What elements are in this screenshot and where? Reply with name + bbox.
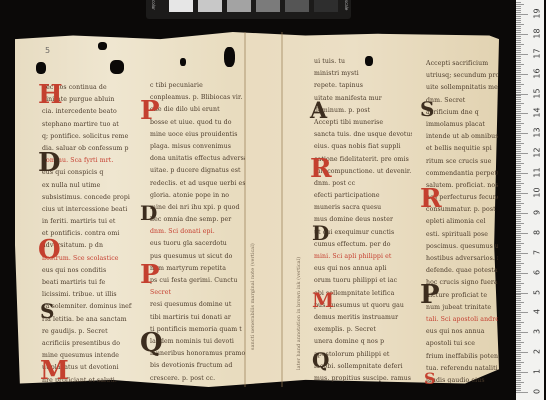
ruler-tick (516, 223, 524, 224)
ruler-tick (516, 233, 528, 234)
ruler-tick (516, 24, 524, 25)
ruler-tick (516, 4, 524, 5)
text-line: Accepti sacrificium (426, 58, 498, 70)
ruler-tick (516, 127, 521, 128)
text-line: epleti alimonia cel (426, 216, 498, 228)
ruler-tick (516, 46, 521, 47)
marginal-annotation: sancti uenerabilis marginal note (vertic… (250, 150, 257, 350)
ruler-tick (516, 289, 521, 290)
worm-hole (98, 42, 107, 50)
ruler-tick (516, 263, 524, 264)
ruler-tick (516, 229, 521, 230)
ruler-tick (516, 183, 524, 184)
ruler-tick (516, 205, 521, 206)
ruler-tick (516, 6, 521, 7)
grey-patch-3 (227, 0, 251, 12)
ruler-tick (516, 185, 521, 186)
initial-D: D (140, 200, 157, 226)
ruler-tick (516, 269, 521, 270)
text-line: efecti participatione (314, 190, 412, 202)
ruler-tick (516, 119, 521, 120)
worm-hole (180, 58, 186, 66)
text-line: eus qui nos conditis (42, 265, 132, 277)
worm-hole (224, 47, 235, 67)
ruler-tick (516, 95, 521, 96)
measurement-ruler: 012345678910111213141516171819 (516, 0, 544, 400)
ruler-tick (516, 60, 521, 61)
text-line: ministri mysti (314, 68, 412, 80)
initial-O: O (38, 237, 61, 263)
text-line: acrificium dne q (426, 107, 498, 119)
ruler-tick (516, 346, 521, 347)
text-line: stephano martire tuo at (42, 119, 132, 131)
initial-S: S (40, 298, 54, 324)
ruler-tick (516, 285, 521, 286)
ruler-tick (516, 26, 521, 27)
ruler-tick (516, 245, 521, 246)
ruler-tick (516, 129, 521, 130)
fold-line-right (281, 32, 283, 387)
ruler-tick (516, 80, 521, 81)
ruler-tick (516, 145, 521, 146)
ruler-tick (516, 54, 528, 55)
ruler-tick (516, 213, 528, 214)
ruler-tick (516, 296, 521, 297)
ruler-tick (516, 255, 521, 256)
rubric-line: Secret (150, 287, 245, 299)
ruler-tick (516, 271, 521, 272)
ruler-tick (516, 105, 521, 106)
ruler-tick (516, 32, 521, 33)
ruler-tick (516, 8, 521, 9)
text-line: Accepti tibi munerise (314, 117, 412, 129)
ruler-label: 16 (533, 66, 542, 80)
ruler-label: 0 (533, 385, 542, 399)
ruler-tick (516, 189, 521, 190)
ruler-tick (516, 334, 521, 335)
text-line: eius. quas nobis fiat suppli (314, 141, 412, 153)
ruler-tick (516, 50, 521, 51)
ruler-tick (516, 358, 521, 359)
text-line: poscimus. quesumus ut (426, 241, 498, 253)
ruler-tick (516, 44, 524, 45)
ruler-tick (516, 88, 521, 89)
grey-patch-1 (169, 0, 193, 12)
ruler-tick (516, 304, 521, 305)
ruler-tick (516, 179, 521, 180)
initial-R: R (310, 156, 332, 182)
ruler-tick (516, 217, 521, 218)
ruler-tick (516, 66, 521, 67)
ruler-tick (516, 153, 528, 154)
ruler-tick (516, 101, 521, 102)
ruler-tick (516, 18, 521, 19)
initial-M: M (40, 358, 69, 384)
ruler-tick (516, 207, 521, 208)
text-line: conpleamus. p. Blibiocas vir. (150, 92, 245, 104)
ruler-tick (516, 74, 528, 75)
ruler-tick (516, 320, 521, 321)
ruler-tick (516, 366, 521, 367)
text-line: dona unitatis effectus adversatum (150, 153, 245, 165)
ruler-tick (516, 133, 528, 134)
ruler-tick (516, 28, 521, 29)
ruler-tick (516, 344, 521, 345)
ruler-tick (516, 352, 528, 353)
ruler-label: 3 (533, 325, 542, 339)
ruler-tick (516, 211, 521, 212)
ruler-tick (516, 99, 521, 100)
text-line: eus qui nos annua (426, 326, 498, 338)
grey-patch-5 (285, 0, 309, 12)
ruler-tick (516, 308, 521, 309)
ruler-tick (516, 293, 528, 294)
color-calibration-card: color scale (146, 0, 351, 19)
ruler-tick (516, 209, 521, 210)
ruler-tick (516, 191, 521, 192)
text-line: one die dilo ubi erunt (150, 104, 245, 116)
ruler-tick (516, 243, 524, 244)
text-line: ps cui festa gerimi. Cunctu (150, 275, 245, 287)
text-line: dominum. p. post (314, 105, 412, 117)
ruler-tick (516, 139, 521, 140)
text-line: subsistimus. concede propi (42, 192, 132, 204)
grey-patch-4 (256, 0, 280, 12)
ruler-tick (516, 340, 521, 341)
ruler-tick (516, 354, 521, 355)
ruler-tick (516, 362, 524, 363)
ruler-tick (516, 322, 524, 323)
ruler-label: 13 (533, 126, 542, 140)
initial-H: H (38, 82, 63, 108)
ruler-tick (516, 111, 521, 112)
card-label-left: color (148, 0, 156, 15)
ruler-tick (516, 137, 521, 138)
text-line: pus quesumus ut sicut do (150, 251, 245, 263)
text-line: num martyrum repetita (150, 263, 245, 275)
ruler-tick (516, 231, 521, 232)
ruler-tick (516, 259, 521, 260)
card-label-right: scale (343, 0, 349, 15)
ruler-tick (516, 58, 521, 59)
ruler-tick (516, 12, 521, 13)
text-line: uitae. p ducere dignatus est (150, 165, 245, 177)
ruler-tick (516, 97, 521, 98)
ruler-tick (516, 86, 521, 87)
text-line: redeclis. et ad usque uerbi est (150, 178, 245, 190)
text-column-4: Accepti sacrificium utriusq; secundum pr… (426, 58, 498, 386)
ruler-tick (516, 247, 521, 248)
ruler-tick (516, 20, 521, 21)
ruler-tick (516, 197, 521, 198)
ruler-tick (516, 368, 521, 369)
ruler-tick (516, 193, 528, 194)
ruler-tick (516, 56, 521, 57)
ruler-tick (516, 326, 521, 327)
text-line: ria letitia. be ana sanctam (42, 314, 132, 326)
ruler-tick (516, 332, 528, 333)
text-line: crescere. p. post cc. (150, 373, 245, 385)
text-line: muneribus honoramus pramo (150, 348, 245, 360)
ruler-tick (516, 2, 521, 3)
ruler-tick (516, 107, 521, 108)
ruler-tick (516, 294, 521, 295)
ruler-tick (516, 382, 524, 383)
rubric-line: tali. Sci apostoli andree (426, 314, 498, 326)
ruler-tick (516, 221, 521, 222)
ruler-tick (516, 64, 524, 65)
ruler-tick (516, 147, 521, 148)
ruler-label: 12 (533, 146, 542, 160)
initial-S: S (420, 96, 434, 122)
ruler-tick (516, 302, 524, 303)
ruler-tick (516, 390, 521, 391)
ruler-tick (516, 279, 521, 280)
ruler-tick (516, 125, 521, 126)
initial-R: R (420, 186, 442, 212)
initial-Q: Q (140, 330, 163, 356)
ruler-label: 15 (533, 86, 542, 100)
text-line: defende. quae potestate (426, 265, 498, 277)
initial-P: P (140, 262, 160, 288)
text-line: in feriti. martiris tui et (42, 216, 132, 228)
ruler-tick (516, 392, 528, 393)
ruler-tick (516, 257, 521, 258)
ruler-tick (516, 281, 521, 282)
ruler-tick (516, 291, 521, 292)
ruler-tick (516, 16, 521, 17)
ruler-tick (516, 350, 521, 351)
text-line: utriusq; secundum pro cia (426, 70, 498, 82)
text-line: resi quesumus domine ut (150, 299, 245, 311)
ruler-label: 19 (533, 6, 542, 20)
ruler-tick (516, 306, 521, 307)
ruler-tick (516, 143, 524, 144)
ruler-label: 1 (533, 365, 542, 379)
ruler-tick (516, 227, 521, 228)
ruler-label: 4 (533, 305, 542, 319)
ruler-tick (516, 157, 521, 158)
text-line: mine dei nri ihu xpi. p quod (150, 202, 245, 214)
ruler-tick (516, 181, 521, 182)
text-line: ritum sce crucis sue (426, 156, 498, 168)
text-line: cius ut intercessione beati (42, 204, 132, 216)
text-line: bosse et uiue. quod tu do (150, 117, 245, 129)
ruler-tick (516, 378, 521, 379)
ruler-tick (516, 235, 521, 236)
ruler-tick (516, 159, 521, 160)
folio-number: 5 (45, 46, 50, 55)
ruler-tick (516, 103, 524, 104)
ruler-tick (516, 388, 521, 389)
ruler-tick (516, 82, 521, 83)
ruler-label: 6 (533, 265, 542, 279)
ruler-tick (516, 70, 521, 71)
ruler-tick (516, 324, 521, 325)
rubric-line: dnm. Sci donati epi. (150, 226, 245, 238)
ruler-tick (516, 22, 521, 23)
ruler-tick (516, 386, 521, 387)
ruler-tick (516, 113, 528, 114)
text-line: c tibi pecuniarie (150, 80, 245, 92)
worm-hole (36, 62, 46, 74)
ruler-tick (516, 72, 521, 73)
ruler-tick (516, 84, 524, 85)
text-line: uite sollempnitatis memoriae (426, 82, 498, 94)
ruler-tick (516, 261, 521, 262)
text-line: licissimi. tribue. ut illis (42, 289, 132, 301)
ruler-tick (516, 372, 528, 373)
ruler-tick (516, 348, 521, 349)
ruler-label: 14 (533, 106, 542, 120)
initial-D: D (312, 220, 329, 246)
ruler-tick (516, 115, 521, 116)
ruler-tick (516, 201, 521, 202)
ruler-tick (516, 167, 521, 168)
ruler-tick (516, 38, 521, 39)
text-line: tibi martiris tui donati ar (150, 312, 245, 324)
ruler-label: 17 (533, 46, 542, 60)
ruler-tick (516, 265, 521, 266)
text-line: commendantia perpetuam (426, 168, 498, 180)
ruler-tick (516, 175, 521, 176)
ruler-tick (516, 374, 521, 375)
ruler-tick (516, 42, 521, 43)
ruler-tick (516, 141, 521, 142)
text-line: intende ut ab omnibus nos (426, 131, 498, 143)
ruler-label: 5 (533, 285, 542, 299)
ruler-tick (516, 203, 524, 204)
text-line: mine uoce eius prouidentis (150, 129, 245, 141)
ruler-tick (516, 92, 521, 93)
ruler-tick (516, 187, 521, 188)
text-line: dnm. Secret (426, 95, 498, 107)
text-line: ti pontificis memoria quam t (150, 324, 245, 336)
rubric-line: mini. Sci apli philippi et (314, 251, 412, 263)
ruler-tick (516, 283, 524, 284)
initial-M: M (312, 287, 334, 313)
ruler-tick (516, 241, 521, 242)
text-line: eus tuoru gla sacerdotu (150, 238, 245, 250)
text-line: tua. referendu natalitia (426, 363, 498, 375)
ruler-tick (516, 356, 521, 357)
ruler-tick (516, 328, 521, 329)
ruler-tick (516, 34, 528, 35)
text-line: et bellis nequitie spi (426, 143, 498, 155)
ruler-label: 7 (533, 245, 542, 259)
ruler-tick (516, 239, 521, 240)
ruler-tick (516, 360, 521, 361)
ruler-tick (516, 310, 521, 311)
ruler-label: 18 (533, 26, 542, 40)
ruler-tick (516, 251, 521, 252)
ruler-tick (516, 330, 521, 331)
text-line: repete. tapinus (314, 80, 412, 92)
initial-P: P (140, 98, 160, 124)
ruler-tick (516, 376, 521, 377)
ruler-tick (516, 338, 521, 339)
ruler-tick (516, 90, 521, 91)
text-column-2: c tibi pecuniarie conpleamus. p. Blibioc… (150, 80, 245, 385)
ruler-tick (516, 380, 521, 381)
text-line: mus. propitius suscipe. ramus (314, 373, 412, 385)
text-line: q; pontifice. solicitus reme (42, 131, 132, 143)
ruler-tick (516, 48, 521, 49)
ruler-tick (516, 151, 521, 152)
ruler-tick (516, 68, 521, 69)
text-line: beati martiris tui fe (42, 277, 132, 289)
text-line: ui tuis. tu (314, 56, 412, 68)
ruler-tick (516, 199, 521, 200)
ruler-tick (516, 312, 528, 313)
ruler-tick (516, 131, 521, 132)
ruler-tick (516, 219, 521, 220)
ruler-label: 11 (533, 166, 542, 180)
text-line: eus qui nos annua apli (314, 263, 412, 275)
text-line: muneris sacra quesu (314, 202, 412, 214)
worm-hole (110, 60, 124, 74)
text-line: orum tuoru philippi et iac (314, 275, 412, 287)
ruler-tick (516, 298, 521, 299)
ruler-tick (516, 195, 521, 196)
ruler-tick (516, 237, 521, 238)
initial-P: P (420, 282, 440, 308)
ruler-tick (516, 121, 521, 122)
ruler-tick (516, 249, 521, 250)
ruler-tick (516, 10, 521, 11)
text-line: ea solemniter. dominus ineffa (42, 301, 132, 313)
ruler-tick (516, 177, 521, 178)
ruler-tick (516, 62, 521, 63)
ruler-tick (516, 273, 528, 274)
ruler-tick (516, 155, 521, 156)
ruler-tick (516, 169, 521, 170)
ruler-tick (516, 364, 521, 365)
ruler-tick (516, 225, 521, 226)
text-line: laudis gaudio eius (426, 375, 498, 386)
ruler-tick (516, 135, 521, 136)
marginal-annotation: later hand annotation in brown ink (vert… (296, 110, 303, 370)
ruler-tick (516, 287, 521, 288)
initial-S: S (424, 366, 436, 392)
ruler-tick (516, 277, 521, 278)
ruler-tick (516, 123, 524, 124)
text-line: hec omnia dne semp. per (150, 214, 245, 226)
ruler-tick (516, 267, 521, 268)
text-line: demus meritis instruamur (314, 312, 412, 324)
text-line: bis devotionis fructum ad (150, 360, 245, 372)
ruler-tick (516, 314, 521, 315)
initial-D: D (38, 150, 61, 176)
text-line: ex nulla nul utime (42, 180, 132, 192)
ruler-tick (516, 161, 521, 162)
text-line: hostibus adversarios. nos (426, 253, 498, 265)
grey-patch-2 (198, 0, 222, 12)
text-line: sancta tuis. dne usque devotus (314, 129, 412, 141)
ruler-tick (516, 336, 521, 337)
ruler-tick (516, 163, 524, 164)
ruler-tick (516, 40, 521, 41)
text-line: gloria. atonie pope in no (150, 190, 245, 202)
ruler-label: 2 (533, 345, 542, 359)
ruler-tick (516, 165, 521, 166)
initial-Q: Q (312, 347, 329, 373)
ruler-tick (516, 14, 528, 15)
text-line: re gaudijs. p. Secret (42, 326, 132, 338)
ruler-tick (516, 117, 521, 118)
ruler-tick (516, 76, 521, 77)
initial-A: A (310, 98, 327, 124)
